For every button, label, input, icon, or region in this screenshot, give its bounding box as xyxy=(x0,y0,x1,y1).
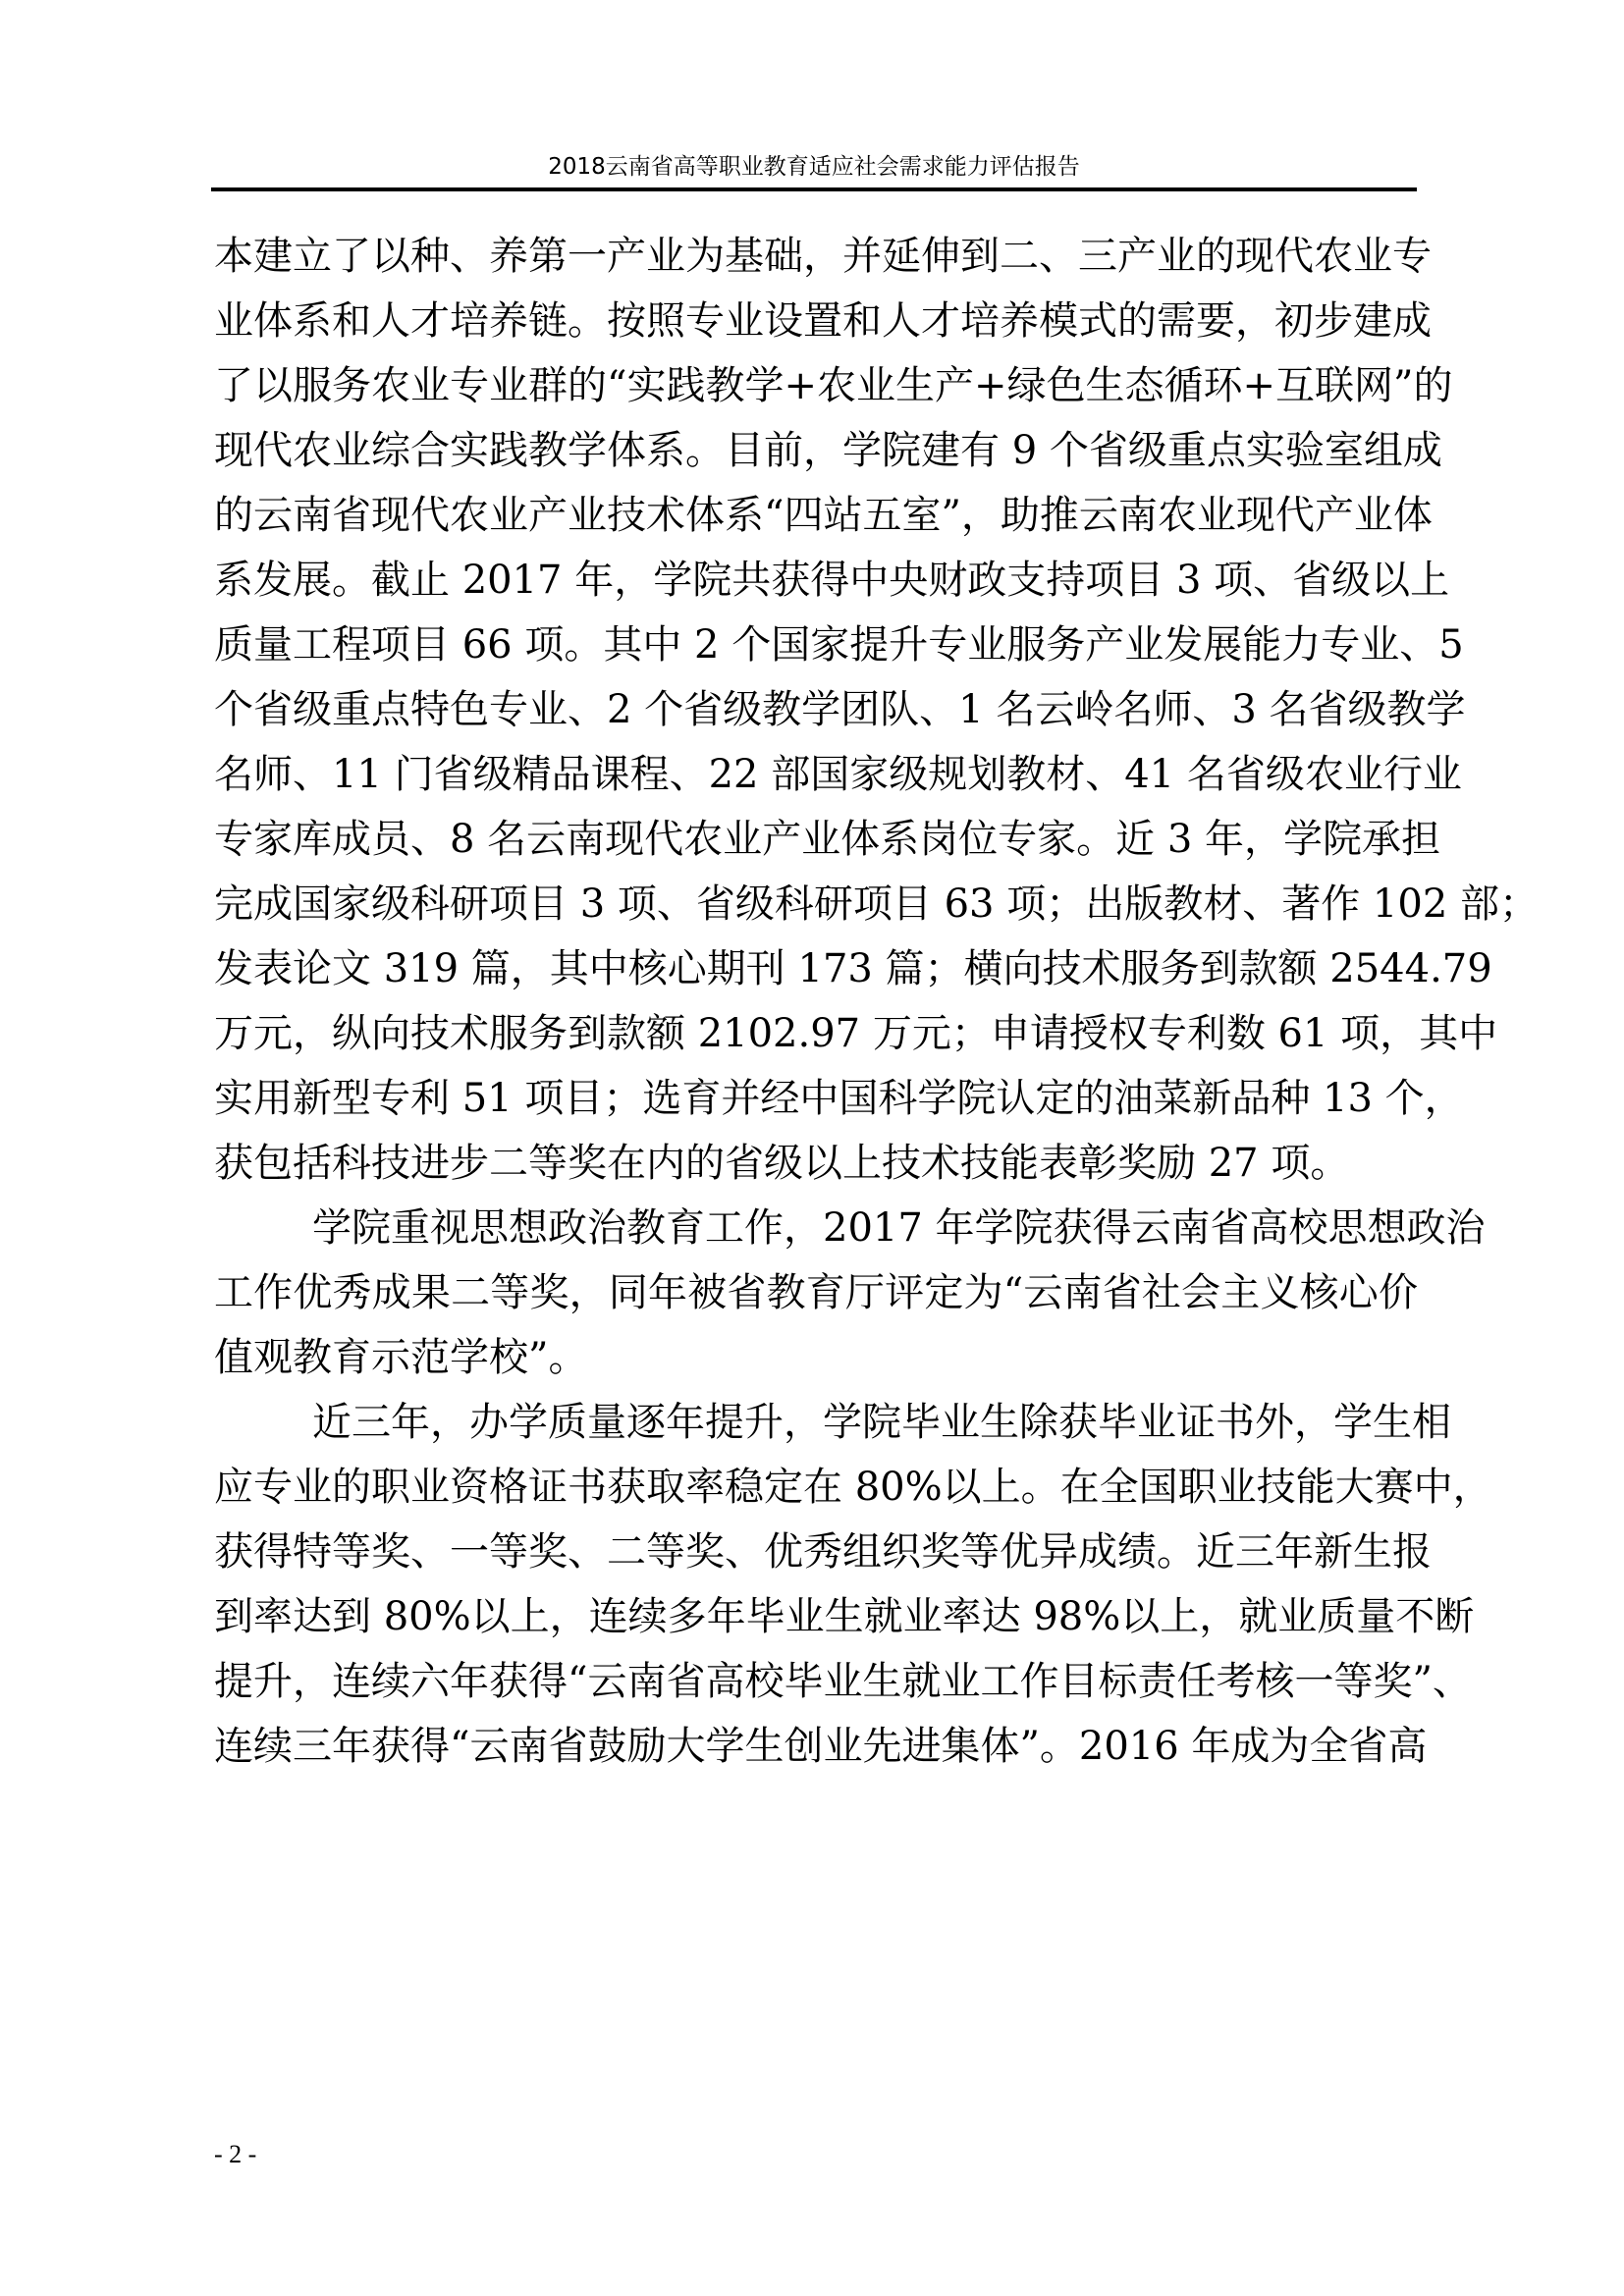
paragraph-1: 本建立了以种、养第一产业为基础，并延伸到二、三产业的现代农业专 业体系和人才培养… xyxy=(214,224,1418,1196)
text-line: 获包括科技进步二等奖在内的省级以上技术技能表彰奖励 27 项。 xyxy=(214,1131,1418,1196)
text-line: 质量工程项目 66 项。其中 2 个国家提升专业服务产业发展能力专业、5 xyxy=(214,613,1418,677)
text-line: 了以服务农业专业群的“实践教学+农业生产+绿色生态循环+互联网”的 xyxy=(214,353,1418,418)
text-line: 近三年，办学质量逐年提升，学院毕业生除获毕业证书外，学生相 xyxy=(214,1390,1418,1455)
text-line: 的云南省现代农业产业技术体系“四站五室”，助推云南农业现代产业体 xyxy=(214,483,1418,548)
text-line: 专家库成员、8 名云南现代农业产业体系岗位专家。近 3 年，学院承担 xyxy=(214,807,1418,872)
header-divider xyxy=(211,187,1417,191)
text-line: 值观教育示范学校”。 xyxy=(214,1325,1418,1390)
text-line: 万元，纵向技术服务到款额 2102.97 万元；申请授权专利数 61 项，其中 xyxy=(214,1001,1418,1066)
document-body: 本建立了以种、养第一产业为基础，并延伸到二、三产业的现代农业专 业体系和人才培养… xyxy=(214,224,1418,1779)
page-number: - 2 - xyxy=(214,2140,256,2169)
text-line: 系发展。截止 2017 年，学院共获得中央财政支持项目 3 项、省级以上 xyxy=(214,548,1418,613)
text-line: 应专业的职业资格证书获取率稳定在 80%以上。在全国职业技能大赛中， xyxy=(214,1455,1418,1520)
text-line: 工作优秀成果二等奖，同年被省教育厅评定为“云南省社会主义核心价 xyxy=(214,1260,1418,1325)
text-line: 提升，连续六年获得“云南省高校毕业生就业工作目标责任考核一等奖”、 xyxy=(214,1649,1418,1714)
paragraph-2: 学院重视思想政治教育工作，2017 年学院获得云南省高校思想政治 工作优秀成果二… xyxy=(214,1196,1418,1390)
running-header-title: 2018云南省高等职业教育适应社会需求能力评估报告 xyxy=(211,153,1417,181)
paragraph-3: 近三年，办学质量逐年提升，学院毕业生除获毕业证书外，学生相 应专业的职业资格证书… xyxy=(214,1390,1418,1779)
text-line: 现代农业综合实践教学体系。目前，学院建有 9 个省级重点实验室组成 xyxy=(214,418,1418,483)
text-line: 获得特等奖、一等奖、二等奖、优秀组织奖等优异成绩。近三年新生报 xyxy=(214,1520,1418,1584)
text-line: 实用新型专利 51 项目；选育并经中国科学院认定的油菜新品种 13 个， xyxy=(214,1066,1418,1131)
text-line: 个省级重点特色专业、2 个省级教学团队、1 名云岭名师、3 名省级教学 xyxy=(214,677,1418,742)
text-line: 发表论文 319 篇，其中核心期刊 173 篇；横向技术服务到款额 2544.7… xyxy=(214,936,1418,1001)
text-line: 本建立了以种、养第一产业为基础，并延伸到二、三产业的现代农业专 xyxy=(214,224,1418,289)
text-line: 完成国家级科研项目 3 项、省级科研项目 63 项；出版教材、著作 102 部； xyxy=(214,872,1418,936)
text-line: 连续三年获得“云南省鼓励大学生创业先进集体”。2016 年成为全省高 xyxy=(214,1714,1418,1779)
text-line: 名师、11 门省级精品课程、22 部国家级规划教材、41 名省级农业行业 xyxy=(214,742,1418,807)
text-line: 到率达到 80%以上，连续多年毕业生就业率达 98%以上，就业质量不断 xyxy=(214,1584,1418,1649)
text-line: 学院重视思想政治教育工作，2017 年学院获得云南省高校思想政治 xyxy=(214,1196,1418,1260)
page-header: 2018云南省高等职业教育适应社会需求能力评估报告 xyxy=(211,147,1417,192)
text-line: 业体系和人才培养链。按照专业设置和人才培养模式的需要，初步建成 xyxy=(214,289,1418,353)
